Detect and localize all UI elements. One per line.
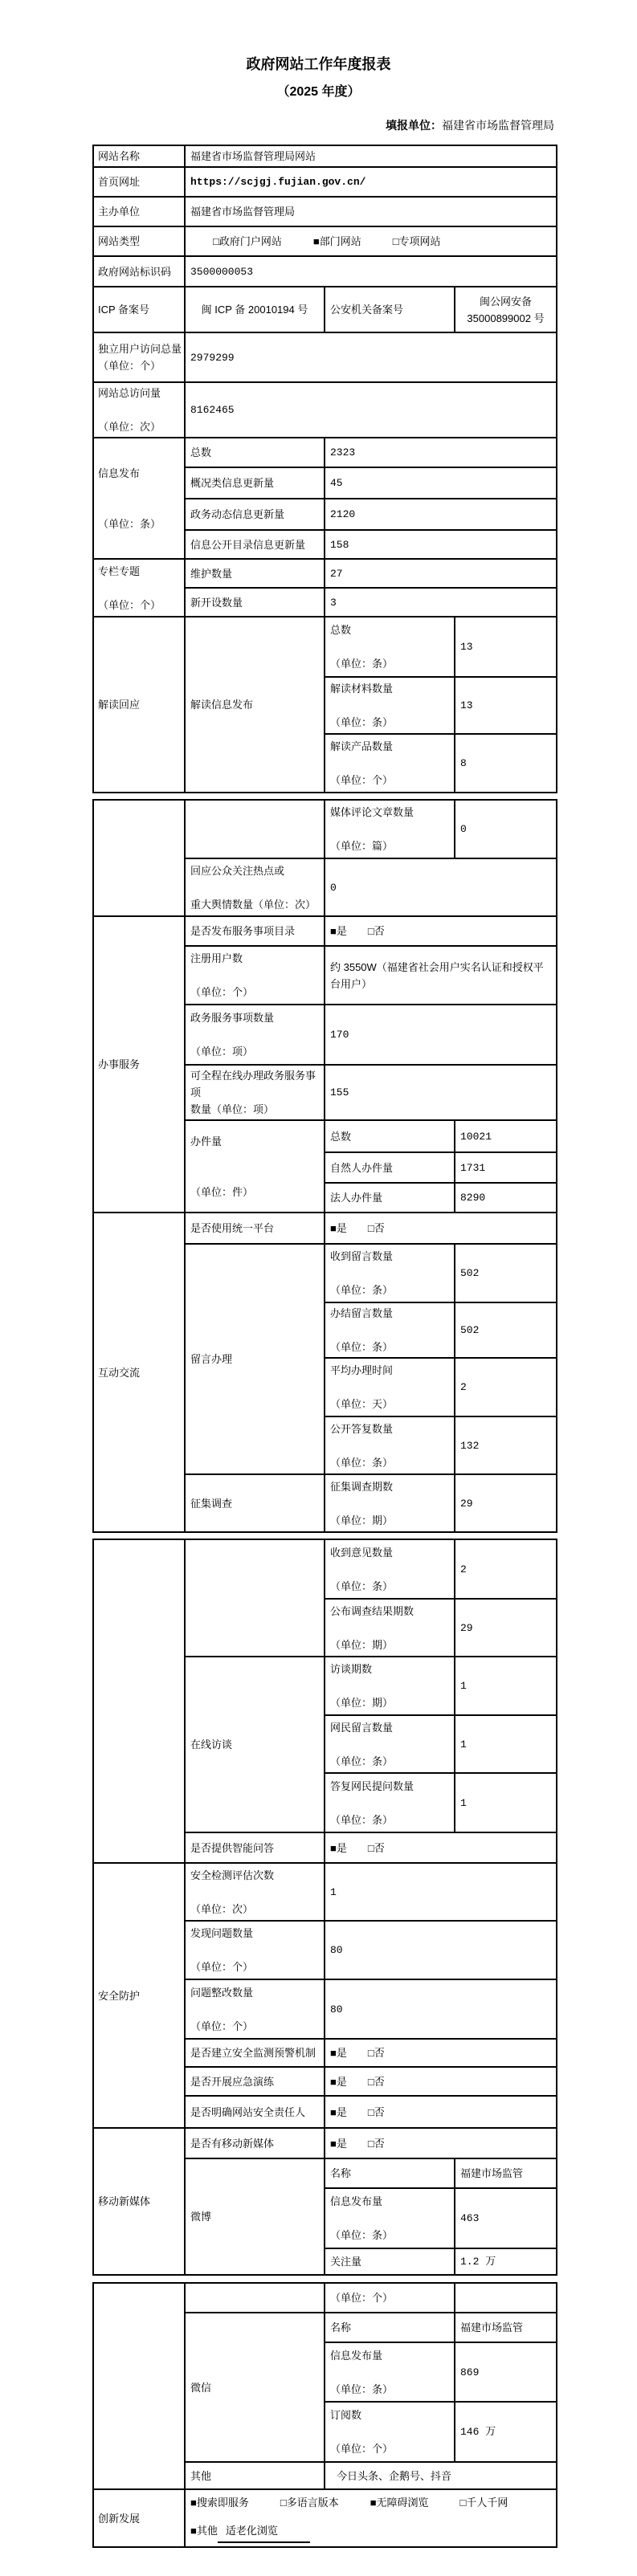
table-row: 移动新媒体 是否有移动新媒体 ■是 □否 xyxy=(93,2128,557,2158)
messages-completed-value: 502 xyxy=(455,1302,557,1358)
interpret-total-label: 总数 （单位：条） xyxy=(325,617,455,677)
interview-count-value: 1 xyxy=(455,1657,557,1715)
table-row: 主办单位 福建省市场监督管理局 xyxy=(93,197,557,226)
table-row: 创新发展 ■搜索即服务 □多语言版本 ■无障碍浏览 □千人千网 ■其他适老化浏览 xyxy=(93,2489,557,2547)
interview-messages-value: 1 xyxy=(455,1715,557,1773)
innovation-options-checkboxes: ■搜索即服务 □多语言版本 ■无障碍浏览 □千人千网 xyxy=(190,2494,551,2511)
wechat-posts-value: 869 xyxy=(455,2342,557,2402)
online-items-label: 可全程在线办理政务服务事项 数量（单位：项） xyxy=(185,1065,325,1120)
table-row: 媒体评论文章数量 （单位：篇） 0 xyxy=(93,800,557,858)
columns-maintained-label: 维护数量 xyxy=(185,559,325,588)
interview-replies-label: 答复网民提问数量 （单位：条） xyxy=(325,1773,455,1832)
weibo-name-value: 福建市场监管 xyxy=(455,2158,557,2188)
service-catalog-checkboxes: ■是 □否 xyxy=(325,916,557,946)
smart-qa-checkboxes: ■是 □否 xyxy=(325,1832,557,1863)
columns-maintained-value: 27 xyxy=(325,559,557,588)
info-overview-value: 45 xyxy=(325,467,557,499)
cases-legal-label: 法人办件量 xyxy=(325,1183,455,1213)
interview-section-label: 在线访谈 xyxy=(185,1657,325,1832)
public-replies-label: 公开答复数量 （单位：条） xyxy=(325,1416,455,1474)
site-name-value: 福建省市场监督管理局网站 xyxy=(185,145,557,167)
organizer-label: 主办单位 xyxy=(93,197,185,226)
info-total-label: 总数 xyxy=(185,438,325,467)
wechat-subscribers-value: 146 万 xyxy=(455,2402,557,2462)
organizer-value: 福建省市场监督管理局 xyxy=(185,197,557,226)
cases-person-label: 自然人办件量 xyxy=(325,1152,455,1183)
table-row: 独立用户访问总量 （单位：个） 2979299 xyxy=(93,332,557,382)
other-media-label: 其他 xyxy=(185,2462,325,2489)
report-unit-line: 填报单位：福建省市场监督管理局 xyxy=(0,117,554,133)
info-catalog-value: 158 xyxy=(325,530,557,559)
innovation-other-value: 适老化浏览 xyxy=(218,2522,310,2542)
monitor-mechanism-question: 是否建立安全监测预警机制 xyxy=(185,2039,325,2067)
unique-visitors-value: 2979299 xyxy=(185,332,557,382)
cases-total-value: 10021 xyxy=(455,1120,557,1152)
total-visits-value: 8162465 xyxy=(185,382,557,438)
report-page: 政府网站工作年度报表 （2025 年度） 填报单位：福建省市场监督管理局 网站名… xyxy=(0,0,637,2576)
unified-platform-question: 是否使用统一平台 xyxy=(185,1213,325,1244)
report-table-block-3: 收到意见数量 （单位：条） 2 公布调查结果期数 （单位：期） 29 在线访谈 … xyxy=(92,1539,557,2276)
interview-count-label: 访谈期数 （单位：期） xyxy=(325,1657,455,1715)
survey-count-value: 29 xyxy=(455,1474,557,1532)
other-media-value: 今日头条、企鹅号、抖音 xyxy=(325,2462,557,2489)
problems-fixed-value: 80 xyxy=(325,1979,557,2039)
table-row: 首页网址 https://scjgj.fujian.gov.cn/ xyxy=(93,167,557,197)
weibo-posts-label: 信息发布量 （单位：条） xyxy=(325,2188,455,2248)
icp-label: ICP 备案号 xyxy=(93,287,185,332)
emergency-drill-question: 是否开展应急演练 xyxy=(185,2067,325,2096)
section-mobile-media: 移动新媒体 xyxy=(93,2128,185,2275)
cases-person-value: 1731 xyxy=(455,1152,557,1183)
interpret-material-value: 13 xyxy=(455,677,557,734)
media-comment-value: 0 xyxy=(455,800,557,858)
wechat-name-label: 名称 xyxy=(325,2313,455,2342)
interpret-product-value: 8 xyxy=(455,734,557,793)
site-type-label: 网站类型 xyxy=(93,226,185,256)
table-row: ICP 备案号 闽 ICP 备 20010194 号 公安机关备案号 闽公网安备… xyxy=(93,287,557,332)
section-interpretation-cont xyxy=(93,800,185,916)
interpret-material-label: 解读材料数量 （单位：条） xyxy=(325,677,455,734)
table-row: 收到意见数量 （单位：条） 2 xyxy=(93,1539,557,1599)
opinions-received-value: 2 xyxy=(455,1539,557,1599)
service-items-value: 170 xyxy=(325,1005,557,1065)
table-row: 专栏专题 （单位：个） 维护数量 27 xyxy=(93,559,557,588)
weibo-followers-unit-label: （单位：个） xyxy=(325,2283,455,2313)
survey-results-value: 29 xyxy=(455,1599,557,1657)
survey-section-label: 征集调查 xyxy=(185,1474,325,1532)
section-security: 安全防护 xyxy=(93,1863,185,2128)
service-catalog-question: 是否发布服务事项目录 xyxy=(185,916,325,946)
survey-count-label: 征集调查期数 （单位：期） xyxy=(325,1474,455,1532)
messages-received-value: 502 xyxy=(455,1244,557,1302)
section-mobile-media-cont xyxy=(93,2283,185,2489)
section-innovation: 创新发展 xyxy=(93,2489,185,2547)
site-name-label: 网站名称 xyxy=(93,145,185,167)
table-row: 政府网站标识码 3500000053 xyxy=(93,256,557,287)
weibo-section-label: 微博 xyxy=(185,2158,325,2275)
table-row: （单位：个） xyxy=(93,2283,557,2313)
info-catalog-label: 信息公开目录信息更新量 xyxy=(185,530,325,559)
media-comment-label: 媒体评论文章数量 （单位：篇） xyxy=(325,800,455,858)
interpret-product-label: 解读产品数量 （单位：个） xyxy=(325,734,455,793)
section-services: 办事服务 xyxy=(93,916,185,1213)
innovation-other-line: ■其他适老化浏览 xyxy=(190,2522,551,2542)
report-table-block-2: 媒体评论文章数量 （单位：篇） 0 回应公众关注热点或 重大舆情数量（单位：次）… xyxy=(92,799,557,1533)
cases-section-label: 办件量 （单位：件） xyxy=(185,1120,325,1213)
total-visits-label: 网站总访问量 （单位：次） xyxy=(93,382,185,438)
weibo-name-label: 名称 xyxy=(325,2158,455,2188)
columns-new-value: 3 xyxy=(325,588,557,617)
section-special-columns: 专栏专题 （单位：个） xyxy=(93,559,185,617)
service-items-label: 政务服务事项数量 （单位：项） xyxy=(185,1005,325,1065)
section-interaction: 互动交流 xyxy=(93,1213,185,1532)
registered-users-label: 注册用户数 （单位：个） xyxy=(185,946,325,1005)
info-news-value: 2120 xyxy=(325,499,557,530)
table-row: 网站类型 □政府门户网站 ■部门网站 □专项网站 xyxy=(93,226,557,256)
wechat-section-label: 微信 xyxy=(185,2313,325,2462)
emergency-drill-checkboxes: ■是 □否 xyxy=(325,2067,557,2096)
section-interpretation: 解读回应 xyxy=(93,617,185,793)
cases-legal-value: 8290 xyxy=(455,1183,557,1213)
wechat-subscribers-label: 订阅数 （单位：个） xyxy=(325,2402,455,2462)
report-table-block-4: （单位：个） 微信 名称 福建市场监管 信息发布量 （单位：条） 869 订阅数… xyxy=(92,2282,557,2548)
unique-visitors-label: 独立用户访问总量 （单位：个） xyxy=(93,332,185,382)
section-info-publish: 信息发布 （单位：条） xyxy=(93,438,185,559)
problems-fixed-label: 问题整改数量 （单位：个） xyxy=(185,1979,325,2039)
security-checks-label: 安全检测评估次数 （单位：次） xyxy=(185,1863,325,1921)
report-unit-value: 福建省市场监督管理局 xyxy=(442,119,554,132)
security-owner-question: 是否明确网站安全责任人 xyxy=(185,2096,325,2128)
survey-section-cont xyxy=(185,1539,325,1657)
interpret-total-value: 13 xyxy=(455,617,557,677)
info-total-value: 2323 xyxy=(325,438,557,467)
info-overview-label: 概况类信息更新量 xyxy=(185,467,325,499)
table-row: 网站名称 福建省市场监督管理局网站 xyxy=(93,145,557,167)
cases-total-label: 总数 xyxy=(325,1120,455,1152)
interpret-publish-cont xyxy=(185,800,325,858)
monitor-mechanism-checkboxes: ■是 □否 xyxy=(325,2039,557,2067)
smart-qa-question: 是否提供智能问答 xyxy=(185,1832,325,1863)
messages-received-label: 收到留言数量 （单位：条） xyxy=(325,1244,455,1302)
home-url-label: 首页网址 xyxy=(93,167,185,197)
public-replies-value: 132 xyxy=(455,1416,557,1474)
weibo-followers-value: 1.2 万 xyxy=(455,2248,557,2275)
avg-handle-time-label: 平均办理时间 （单位：天） xyxy=(325,1358,455,1416)
columns-new-label: 新开设数量 xyxy=(185,588,325,617)
survey-results-label: 公布调查结果期数 （单位：期） xyxy=(325,1599,455,1657)
has-mobile-checkboxes: ■是 □否 xyxy=(325,2128,557,2158)
icp-value: 闽 ICP 备 20010194 号 xyxy=(185,287,325,332)
report-unit-label: 填报单位： xyxy=(386,119,442,132)
interpret-publish-label: 解读信息发布 xyxy=(185,617,325,793)
site-code-value: 3500000053 xyxy=(185,256,557,287)
table-row: 安全防护 安全检测评估次数 （单位：次） 1 xyxy=(93,1863,557,1921)
interview-replies-value: 1 xyxy=(455,1773,557,1832)
innovation-other-checkbox: ■其他 xyxy=(190,2525,218,2537)
respond-hotspot-label: 回应公众关注热点或 重大舆情数量（单位：次） xyxy=(185,858,325,916)
page-title: 政府网站工作年度报表 xyxy=(0,0,637,74)
report-table-block-1: 网站名称 福建省市场监督管理局网站 首页网址 https://scjgj.fuj… xyxy=(92,145,557,793)
weibo-followers-unit-value xyxy=(455,2283,557,2313)
site-type-options: □政府门户网站 ■部门网站 □专项网站 xyxy=(185,226,557,256)
interview-messages-label: 网民留言数量 （单位：条） xyxy=(325,1715,455,1773)
has-mobile-question: 是否有移动新媒体 xyxy=(185,2128,325,2158)
weibo-posts-value: 463 xyxy=(455,2188,557,2248)
site-code-label: 政府网站标识码 xyxy=(93,256,185,287)
table-row: 互动交流 是否使用统一平台 ■是 □否 xyxy=(93,1213,557,1244)
innovation-content: ■搜索即服务 □多语言版本 ■无障碍浏览 □千人千网 ■其他适老化浏览 xyxy=(185,2489,557,2547)
messages-completed-label: 办结留言数量 （单位：条） xyxy=(325,1302,455,1358)
home-url-value: https://scjgj.fujian.gov.cn/ xyxy=(185,167,557,197)
opinions-received-label: 收到意见数量 （单位：条） xyxy=(325,1539,455,1599)
wechat-posts-label: 信息发布量 （单位：条） xyxy=(325,2342,455,2402)
page-subtitle-year: （2025 年度） xyxy=(0,81,637,100)
online-items-value: 155 xyxy=(325,1065,557,1120)
problems-found-label: 发现问题数量 （单位：个） xyxy=(185,1921,325,1979)
respond-hotspot-value: 0 xyxy=(325,858,557,916)
weibo-followers-label: 关注量 xyxy=(325,2248,455,2275)
table-row: 解读回应 解读信息发布 总数 （单位：条） 13 xyxy=(93,617,557,677)
info-news-label: 政务动态信息更新量 xyxy=(185,499,325,530)
unified-platform-checkboxes: ■是 □否 xyxy=(325,1213,557,1244)
registered-users-value: 约 3550W（福建省社会用户实名认证和授权平台用户） xyxy=(325,946,557,1005)
security-checks-value: 1 xyxy=(325,1863,557,1921)
security-owner-checkboxes: ■是 □否 xyxy=(325,2096,557,2128)
table-row: 信息发布 （单位：条） 总数 2323 xyxy=(93,438,557,467)
message-handling-label: 留言办理 xyxy=(185,1244,325,1474)
police-record-label: 公安机关备案号 xyxy=(325,287,455,332)
avg-handle-time-value: 2 xyxy=(455,1358,557,1416)
problems-found-value: 80 xyxy=(325,1921,557,1979)
table-row: 网站总访问量 （单位：次） 8162465 xyxy=(93,382,557,438)
section-interaction-cont xyxy=(93,1539,185,1863)
weibo-section-cont xyxy=(185,2283,325,2313)
wechat-name-value: 福建市场监管 xyxy=(455,2313,557,2342)
table-row: 办事服务 是否发布服务事项目录 ■是 □否 xyxy=(93,916,557,946)
police-record-value: 闽公网安备 35000899002 号 xyxy=(455,287,557,332)
